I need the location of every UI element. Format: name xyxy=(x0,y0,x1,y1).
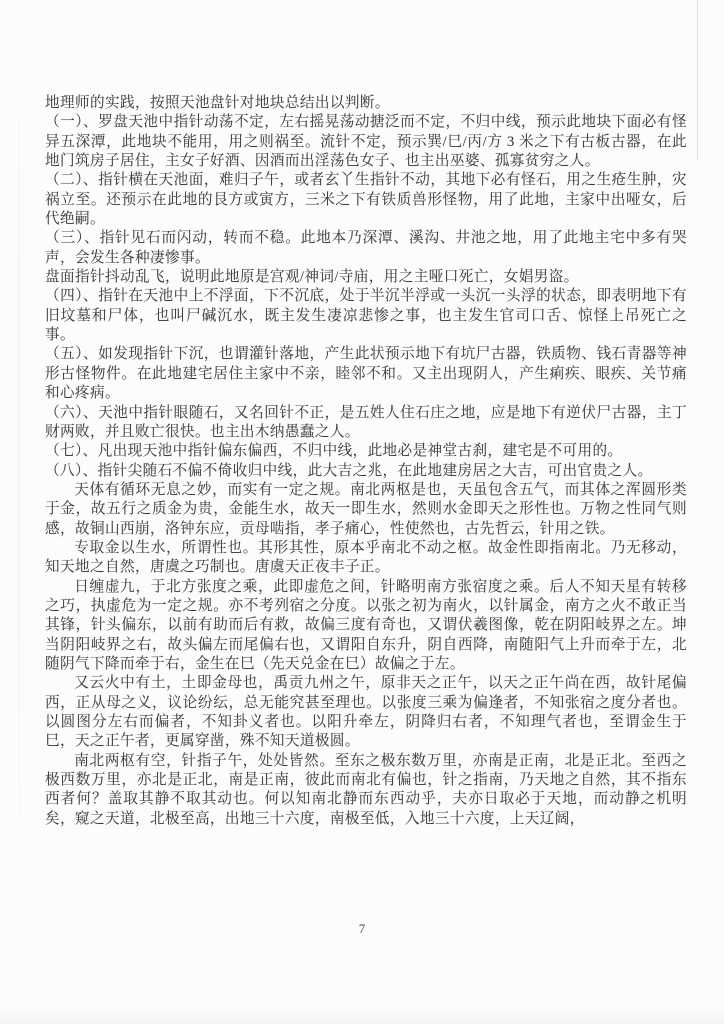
paragraph: 南北两枢有空，针指子午，处处皆然。至东之极东数万里，亦南是正南，北是正北。至西之… xyxy=(45,752,687,829)
paragraph: 地理师的实践，按照天池盘针对地块总结出以判断。 xyxy=(45,94,687,113)
paragraph: （三）、指针见石而闪动，转而不稳。此地本乃深潭、溪沟、井池之地，用了此地主宅中多… xyxy=(45,229,687,268)
scan-artifact-bottom-shadow xyxy=(0,1010,724,1024)
paragraph: （五）、如发现指针下沉，也谓灌针落地，产生此状预示地下有坑尸古器，铁质物、钱石青… xyxy=(45,345,687,403)
paragraph: 天体有循环无息之妙，而实有一定之规。南北两枢是也，天虽包含五气，而其体之浑圆形类… xyxy=(45,481,687,539)
scan-artifact-right-edge xyxy=(697,0,698,160)
paragraph: （二）、指针横在天池面，难归子午，或者玄丫生指针不动，其地下必有怪石，用之生疮生… xyxy=(45,171,687,229)
body-text: 地理师的实践，按照天池盘针对地块总结出以判断。（一）、罗盘天池中指针动荡不定，左… xyxy=(45,94,687,829)
paragraph: 日缠虚九，于北方张度之乘，此即虚危之间，针略明南方张宿度之乘。后人不知天星有转移… xyxy=(45,578,687,675)
scanned-page: 地理师的实践，按照天池盘针对地块总结出以判断。（一）、罗盘天池中指针动荡不定，左… xyxy=(0,0,724,1024)
paragraph: （七）、凡出现天池中指针偏东偏西，不归中线，此地必是神堂古刹，建宅是不可用的。 xyxy=(45,442,687,461)
paragraph: （四）、指针在天池中上不浮面，下不沉底，处于半沉半浮或一头沉一头浮的状态，即表明… xyxy=(45,287,687,345)
scan-artifact-left-edge xyxy=(18,120,20,820)
paragraph: 又云火中有土，土即金母也，禹贡九州之午，原非天之正午，以天之正午尚在西，故针尾偏… xyxy=(45,674,687,751)
paragraph: 盘面指针抖动乱飞，说明此地原是宫观/神词/寺庙，用之主哑口死亡，女娼男盗。 xyxy=(45,268,687,287)
page-number: 7 xyxy=(0,921,724,937)
paragraph: （六）、天池中指针眼随石，又名回针不正，是五姓人住石庄之地，应是地下有逆伏尸古器… xyxy=(45,404,687,443)
paragraph: （一）、罗盘天池中指针动荡不定，左右摇晃荡动搪泛而不定，不归中线，预示此地块下面… xyxy=(45,113,687,171)
paragraph: （八）、指针尖随石不偏不倚收归中线，此大吉之兆，在此地建房居之大吉，可出官贵之人… xyxy=(45,462,687,481)
paragraph: 专取金以生水，所谓性也。其形其性，原本乎南北不动之枢。故金性即指南北。乃无移动，… xyxy=(45,539,687,578)
